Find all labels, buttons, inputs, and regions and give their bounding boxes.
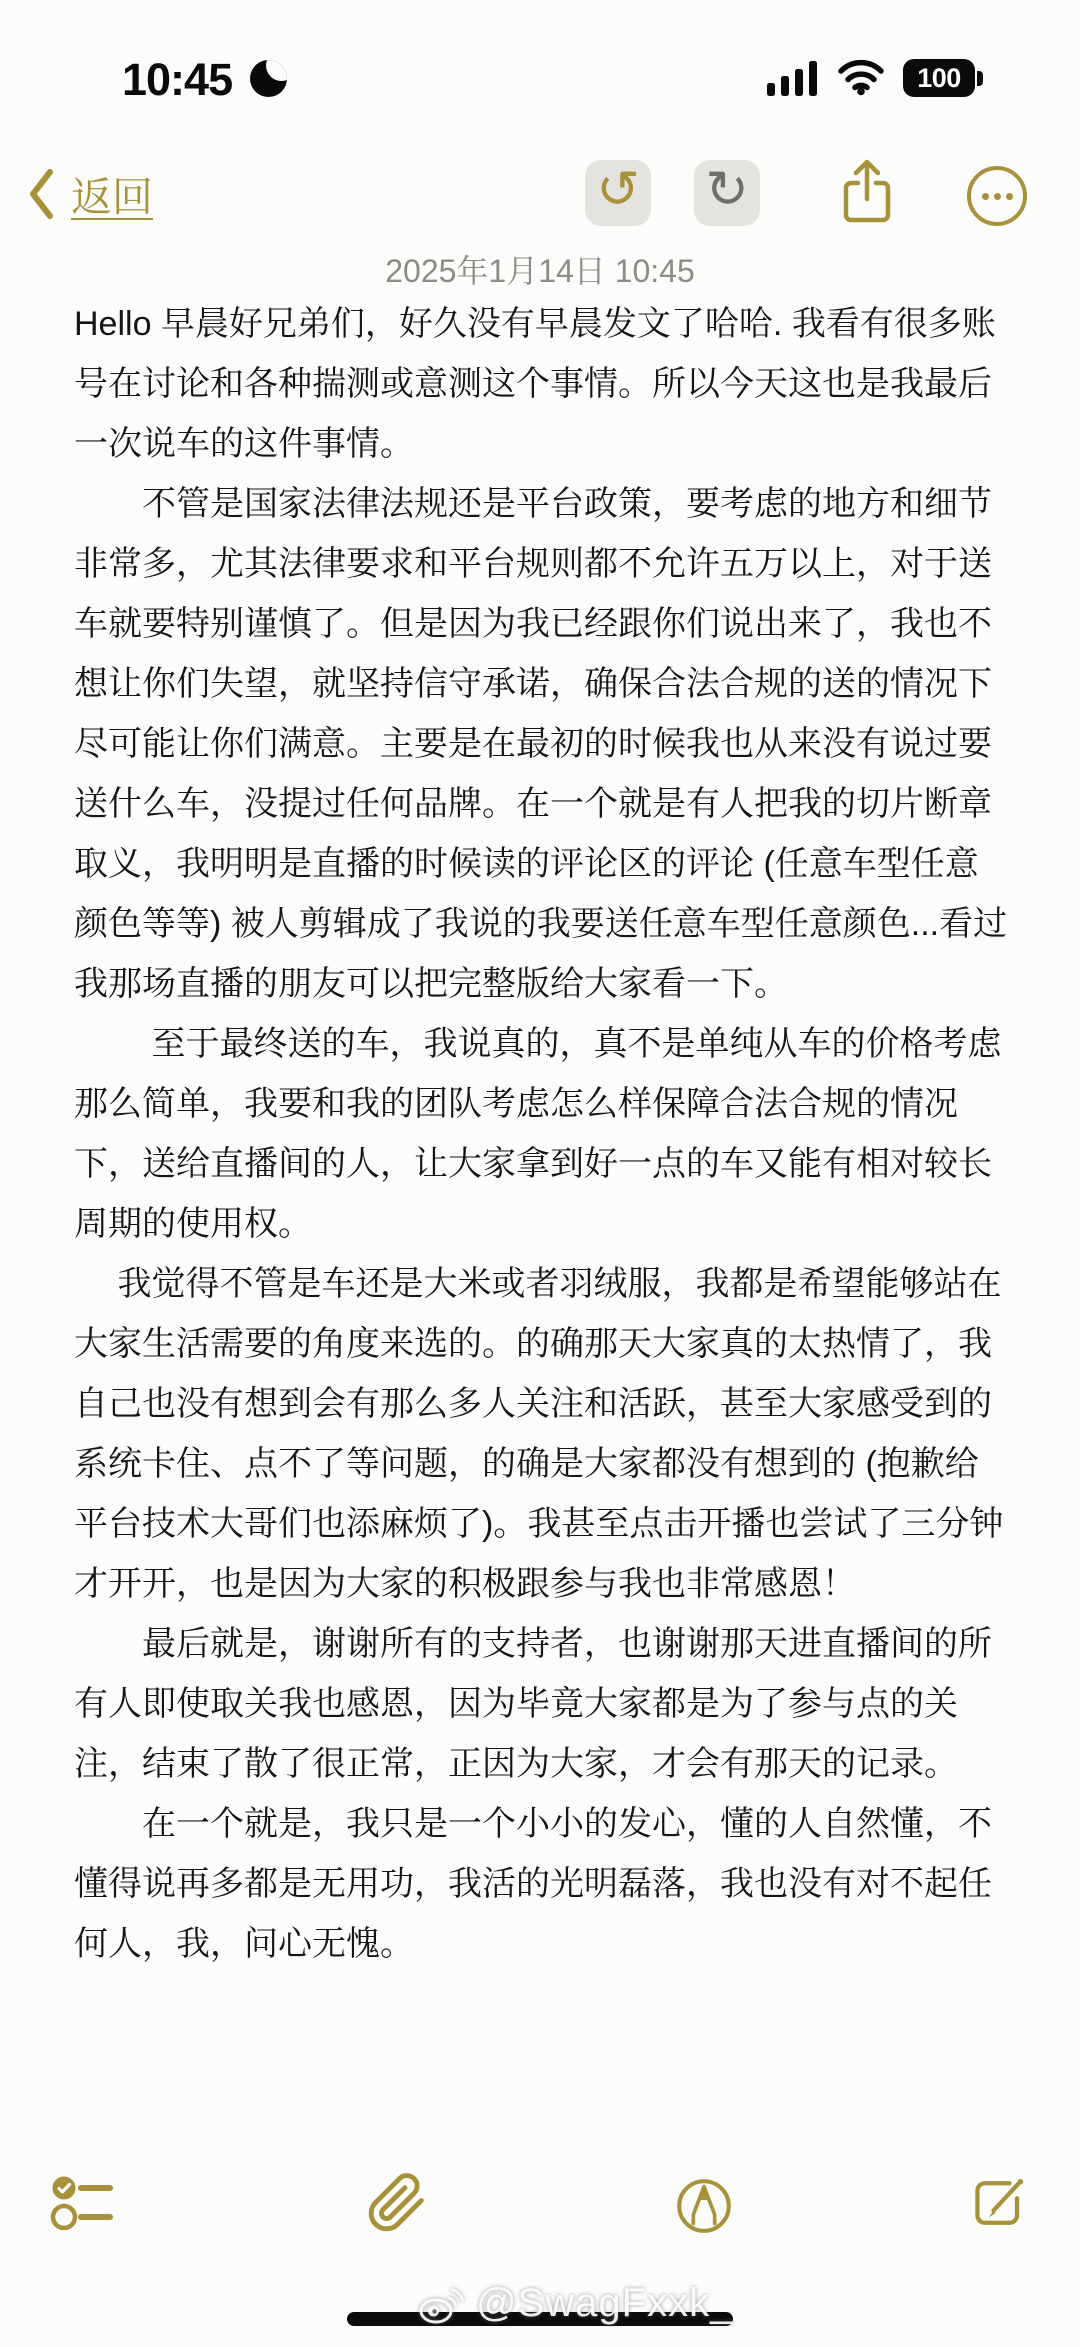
markup-button[interactable] — [670, 2172, 738, 2240]
note-paragraph: 不管是国家法律法规还是平台政策，要考虑的地方和细节非常多，尤其法律要求和平台规则… — [74, 474, 1010, 1014]
note-paragraph: Hello 早晨好兄弟们，好久没有早晨发文了哈哈. 我看有很多账号在讨论和各种揣… — [74, 294, 1010, 474]
more-button[interactable] — [967, 166, 1027, 226]
markup-icon — [670, 2172, 738, 2240]
undo-button[interactable]: ↺ — [585, 160, 651, 226]
checklist-icon — [50, 2174, 116, 2232]
compose-icon — [968, 2170, 1034, 2236]
checklist-button[interactable] — [50, 2174, 116, 2232]
nav-bar: 返回 ↺ ↻ — [0, 158, 1080, 244]
more-icon — [982, 193, 989, 200]
watermark-handle: @SwagFxxk_ — [476, 2281, 733, 2326]
note-paragraph: 在一个就是，我只是一个小小的发心，懂的人自然懂，不懂得说再多都是无用功，我活的光… — [74, 1794, 1010, 1974]
share-icon — [839, 156, 895, 228]
redo-icon: ↻ — [705, 164, 749, 216]
watermark: @SwagFxxk_ — [418, 2281, 733, 2326]
attachment-button[interactable] — [366, 2172, 428, 2234]
note-date-line: 2025年1月14日 10:45 — [0, 246, 1080, 292]
undo-icon: ↺ — [596, 164, 640, 216]
attachment-icon — [366, 2172, 428, 2234]
bottom-toolbar — [0, 2168, 1080, 2252]
battery-percent: 100 — [917, 63, 961, 94]
moon-icon — [250, 60, 287, 97]
note-paragraph: 至于最终送的车，我说真的，真不是单纯从车的价格考虑那么简单，我要和我的团队考虑怎… — [74, 1014, 1010, 1254]
battery-nub — [977, 71, 983, 86]
clock-time: 10:45 — [122, 54, 232, 106]
back-button[interactable]: 返回 — [27, 164, 153, 223]
wifi-icon — [838, 58, 884, 96]
note-paragraph: 我觉得不管是车还是大米或者羽绒服，我都是希望能够站在大家生活需要的角度来选的。的… — [74, 1254, 1010, 1614]
share-button[interactable] — [839, 156, 895, 228]
note-body[interactable]: Hello 早晨好兄弟们，好久没有早晨发文了哈哈. 我看有很多账号在讨论和各种揣… — [74, 294, 1010, 1974]
cellular-signal-icon — [767, 58, 821, 96]
notes-app-screen: 10:45 100 返回 ↺ — [0, 0, 1080, 2347]
redo-button[interactable]: ↻ — [694, 160, 760, 226]
status-bar: 10:45 100 — [0, 0, 1080, 120]
note-paragraph: 最后就是，谢谢所有的支持者，也谢谢那天进直播间的所有人即使取关我也感恩，因为毕竟… — [74, 1614, 1010, 1794]
compose-button[interactable] — [968, 2170, 1034, 2236]
weibo-logo-icon — [418, 2282, 468, 2326]
back-button-label: 返回 — [71, 164, 153, 223]
back-chevron-icon — [27, 167, 55, 221]
battery-icon: 100 — [903, 59, 983, 97]
